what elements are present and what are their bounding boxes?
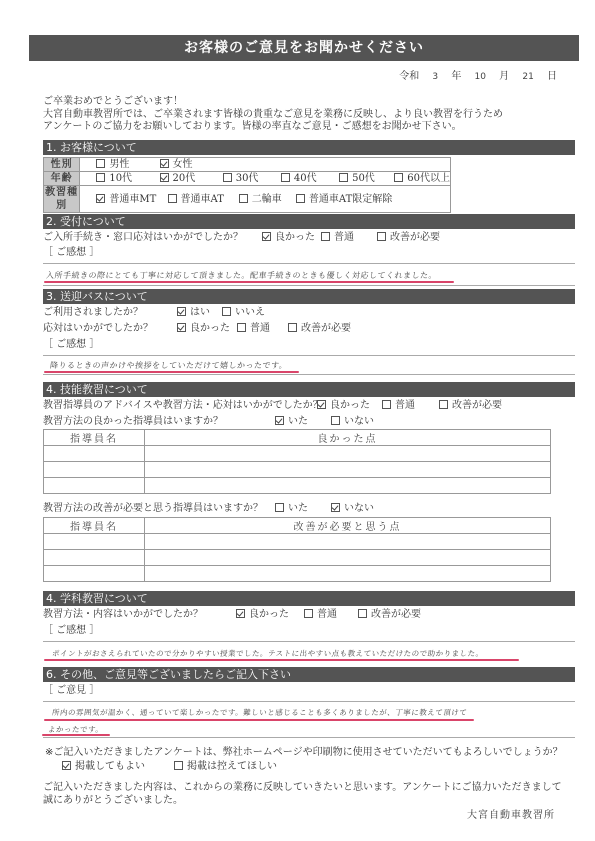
checkbox-checked-icon[interactable] — [275, 416, 284, 425]
checkbox-unchecked-icon[interactable] — [394, 173, 403, 182]
bus-comment-label: ［ ご感想 ］ — [43, 338, 99, 352]
good-points-cell[interactable] — [145, 446, 551, 462]
divider — [43, 263, 575, 264]
course-type-label: 教習種別 — [44, 186, 80, 213]
section-3-header: 3. 送迎バスについて — [43, 289, 575, 304]
date-year[interactable]: 3 — [432, 72, 438, 82]
checkbox-unchecked-icon[interactable] — [439, 400, 448, 409]
course-option-at-limit-removal[interactable]: 普通車AT限定解除 — [296, 193, 392, 206]
improve-instructor-option-no[interactable]: いない — [331, 502, 374, 516]
gender-option-female[interactable]: 女性 — [160, 158, 193, 171]
bus-service-option-good[interactable]: 良かった — [177, 322, 230, 336]
section-4-header: 4. 技能教習について — [43, 382, 575, 397]
checkbox-unchecked-icon[interactable] — [168, 194, 177, 203]
reception-question: ご入所手続き・窓口応対はいかがでしたか？ — [43, 231, 243, 245]
divider — [43, 641, 575, 642]
closing-line-1: ご記入いただきました内容は、これからの業務に反映していきたいと思います。アンケー… — [43, 781, 562, 794]
checkbox-unchecked-icon[interactable] — [237, 323, 246, 332]
customer-info-table: 性別 男性 女性 年齢 10代 20代 30代 40代 50代 60代以上 教習… — [43, 157, 451, 213]
checkbox-unchecked-icon[interactable] — [331, 416, 340, 425]
reception-option-needs-improvement[interactable]: 改善が必要 — [377, 231, 440, 245]
checkbox-unchecked-icon[interactable] — [96, 159, 105, 168]
checkbox-checked-icon[interactable] — [160, 173, 169, 182]
consent-option-decline[interactable]: 掲載は控えてほしい — [174, 760, 277, 774]
divider — [43, 355, 575, 356]
improvement-points-cell[interactable] — [145, 550, 551, 566]
instructor-advice-option-good[interactable]: 良かった — [317, 399, 370, 413]
date-line: 令和 3 年 10 月 21 日 — [389, 67, 557, 82]
divider — [43, 374, 575, 375]
handwritten-underline — [44, 659, 519, 661]
improve-instructor-option-yes[interactable]: いた — [275, 502, 308, 516]
checkbox-checked-icon[interactable] — [96, 194, 105, 203]
instructor-advice-question: 教習指導員のアドバイスや教習方法・応対はいかがでしたか？ — [43, 399, 323, 413]
table-row — [44, 478, 551, 494]
classroom-option-good[interactable]: 良かった — [236, 608, 289, 622]
checkbox-unchecked-icon[interactable] — [339, 173, 348, 182]
course-option-motorcycle[interactable]: 二輪車 — [239, 193, 293, 206]
checkbox-checked-icon[interactable] — [177, 323, 186, 332]
checkbox-unchecked-icon[interactable] — [281, 173, 290, 182]
divider — [43, 701, 575, 702]
classroom-question: 教習方法・内容はいかがでしたか？ — [43, 608, 203, 622]
bus-usage-question: ご利用されましたか？ — [43, 306, 143, 320]
date-year-unit: 年 — [451, 71, 461, 82]
handwritten-underline — [42, 734, 110, 736]
good-instructor-option-yes[interactable]: いた — [275, 415, 308, 429]
checkbox-unchecked-icon[interactable] — [382, 400, 391, 409]
gender-row: 性別 男性 女性 — [44, 158, 451, 172]
table-header-row: 指導員名 良かった点 — [44, 430, 551, 446]
reception-comment[interactable]: 入所手続きの際にとても丁寧に対応して頂きました。配車手続きのときも優しく対応して… — [45, 270, 437, 281]
intro-line: 大宮自動車教習所では、ご卒業されます皆様の貴重なご意見を業務に反映し、より良い教… — [43, 109, 573, 122]
intro-line: ご卒業おめでとうございます！ — [43, 96, 573, 109]
checkbox-checked-icon[interactable] — [331, 503, 340, 512]
checkbox-checked-icon[interactable] — [62, 761, 71, 770]
bus-usage-option-yes[interactable]: はい — [177, 306, 210, 320]
date-day[interactable]: 21 — [522, 72, 533, 82]
handwritten-underline — [44, 281, 454, 283]
other-comment-line-1[interactable]: 所内の雰囲気が温かく、通っていて楽しかったです。難しいと感じることも多くありまし… — [51, 707, 467, 718]
gender-label: 性別 — [44, 158, 80, 172]
age-option-10s[interactable]: 10代 — [96, 172, 156, 185]
instructor-advice-option-normal[interactable]: 普通 — [382, 399, 415, 413]
improvement-points-header: 改善が必要と思う点 — [145, 518, 551, 534]
classroom-option-needs-improvement[interactable]: 改善が必要 — [358, 608, 421, 622]
intro-line: アンケートのご協力をお願いしております。皆様の率直なご意見・ご感想をお聞かせ下さ… — [43, 121, 573, 134]
reception-option-good[interactable]: 良かった — [262, 231, 315, 245]
date-month[interactable]: 10 — [475, 72, 486, 82]
bus-service-question: 応対はいかがでしたか？ — [43, 322, 153, 336]
reception-option-normal[interactable]: 普通 — [321, 231, 354, 245]
bus-comment[interactable]: 降りるときの声かけや挨拶をしていただけて嬉しかったです。 — [49, 360, 288, 371]
other-comment-label: ［ ご意見 ］ — [43, 684, 99, 698]
improve-instructor-question: 教習方法の改善が必要と思う指導員はいますか？ — [43, 502, 263, 516]
bus-service-option-normal[interactable]: 普通 — [237, 322, 270, 336]
table-row — [44, 534, 551, 550]
consent-question: ※ご記入いただきましたアンケートは、弊社ホームページや印刷物に使用させていただい… — [45, 746, 563, 759]
checkbox-unchecked-icon[interactable] — [304, 609, 313, 618]
instructor-name-cell[interactable] — [44, 446, 145, 462]
age-option-50s[interactable]: 50代 — [339, 172, 391, 185]
reception-comment-label: ［ ご感想 ］ — [43, 246, 99, 260]
instructor-name-cell[interactable] — [44, 478, 145, 494]
table-row — [44, 462, 551, 478]
good-points-cell[interactable] — [145, 462, 551, 478]
classroom-comment-label: ［ ご感想 ］ — [43, 624, 99, 638]
table-header-row: 指導員名 改善が必要と思う点 — [44, 518, 551, 534]
checkbox-unchecked-icon[interactable] — [296, 194, 305, 203]
consent-option-allow[interactable]: 掲載してもよい — [62, 760, 145, 774]
checkbox-unchecked-icon[interactable] — [288, 323, 297, 332]
instructor-name-cell[interactable] — [44, 462, 145, 478]
age-label: 年齢 — [44, 172, 80, 186]
checkbox-unchecked-icon[interactable] — [377, 232, 386, 241]
instructor-name-cell[interactable] — [44, 534, 145, 550]
date-day-unit: 日 — [547, 71, 557, 82]
signature: 大宮自動車教習所 — [467, 806, 555, 821]
age-option-30s[interactable]: 30代 — [223, 172, 278, 185]
handwritten-underline — [44, 371, 299, 373]
age-option-20s[interactable]: 20代 — [160, 172, 220, 185]
classroom-option-normal[interactable]: 普通 — [304, 608, 337, 622]
divider — [43, 737, 575, 738]
bus-usage-option-no[interactable]: いいえ — [222, 306, 265, 320]
checkbox-checked-icon[interactable] — [177, 307, 186, 316]
checkbox-checked-icon[interactable] — [236, 609, 245, 618]
section-5-header: 4. 学科教習について — [43, 591, 575, 606]
checkbox-unchecked-icon[interactable] — [358, 609, 367, 618]
checkbox-unchecked-icon[interactable] — [222, 307, 231, 316]
section-1-header: 1. お客様について — [43, 140, 575, 155]
intro-text: ご卒業おめでとうございます！ 大宮自動車教習所では、ご卒業されます皆様の貴重なご… — [43, 96, 573, 134]
table-row — [44, 550, 551, 566]
course-type-row: 教習種別 普通車MT 普通車AT 二輪車 普通車AT限定解除 — [44, 186, 451, 213]
instructor-name-cell[interactable] — [44, 550, 145, 566]
checkbox-unchecked-icon[interactable] — [275, 503, 284, 512]
good-instructor-question: 教習方法の良かった指導員はいますか？ — [43, 415, 223, 429]
instructor-name-header: 指導員名 — [44, 430, 145, 446]
instructor-advice-option-needs-improvement[interactable]: 改善が必要 — [439, 399, 502, 413]
improvement-points-cell[interactable] — [145, 534, 551, 550]
good-instructor-option-no[interactable]: いない — [331, 415, 374, 429]
age-option-60s-plus[interactable]: 60代以上 — [394, 172, 450, 185]
age-option-40s[interactable]: 40代 — [281, 172, 336, 185]
section-6-header: 6. その他、ご意見等ございましたらご記入下さい — [43, 667, 575, 682]
good-points-cell[interactable] — [145, 478, 551, 494]
improvement-points-cell[interactable] — [145, 566, 551, 582]
course-option-at[interactable]: 普通車AT — [168, 193, 236, 206]
bus-service-option-needs-improvement[interactable]: 改善が必要 — [288, 322, 351, 336]
date-era: 令和 — [399, 71, 419, 82]
section-2-header: 2. 受付について — [43, 214, 575, 229]
good-points-header: 良かった点 — [145, 430, 551, 446]
checkbox-checked-icon[interactable] — [262, 232, 271, 241]
classroom-comment[interactable]: ポイントがおさえられていたので分かりやすい授業でした。テストに出やすい点も教えて… — [51, 648, 484, 659]
course-option-mt[interactable]: 普通車MT — [96, 193, 164, 206]
gender-option-male[interactable]: 男性 — [96, 158, 156, 171]
improve-instructor-table: 指導員名 改善が必要と思う点 — [43, 517, 551, 582]
closing-line-2: 誠にありがとうございました。 — [43, 794, 183, 807]
checkbox-unchecked-icon[interactable] — [96, 173, 105, 182]
page-title: お客様のご意見をお聞かせください — [29, 35, 579, 61]
checkbox-checked-icon[interactable] — [317, 400, 326, 409]
checkbox-unchecked-icon[interactable] — [223, 173, 232, 182]
table-row — [44, 446, 551, 462]
handwritten-underline — [44, 719, 474, 721]
good-instructor-table: 指導員名 良かった点 — [43, 429, 551, 494]
date-month-unit: 月 — [499, 71, 509, 82]
divider — [43, 285, 575, 286]
checkbox-unchecked-icon[interactable] — [174, 761, 183, 770]
checkbox-unchecked-icon[interactable] — [321, 232, 330, 241]
table-row — [44, 566, 551, 582]
age-row: 年齢 10代 20代 30代 40代 50代 60代以上 — [44, 172, 451, 186]
instructor-name-cell[interactable] — [44, 566, 145, 582]
checkbox-checked-icon[interactable] — [160, 159, 169, 168]
checkbox-unchecked-icon[interactable] — [239, 194, 248, 203]
instructor-name-header: 指導員名 — [44, 518, 145, 534]
